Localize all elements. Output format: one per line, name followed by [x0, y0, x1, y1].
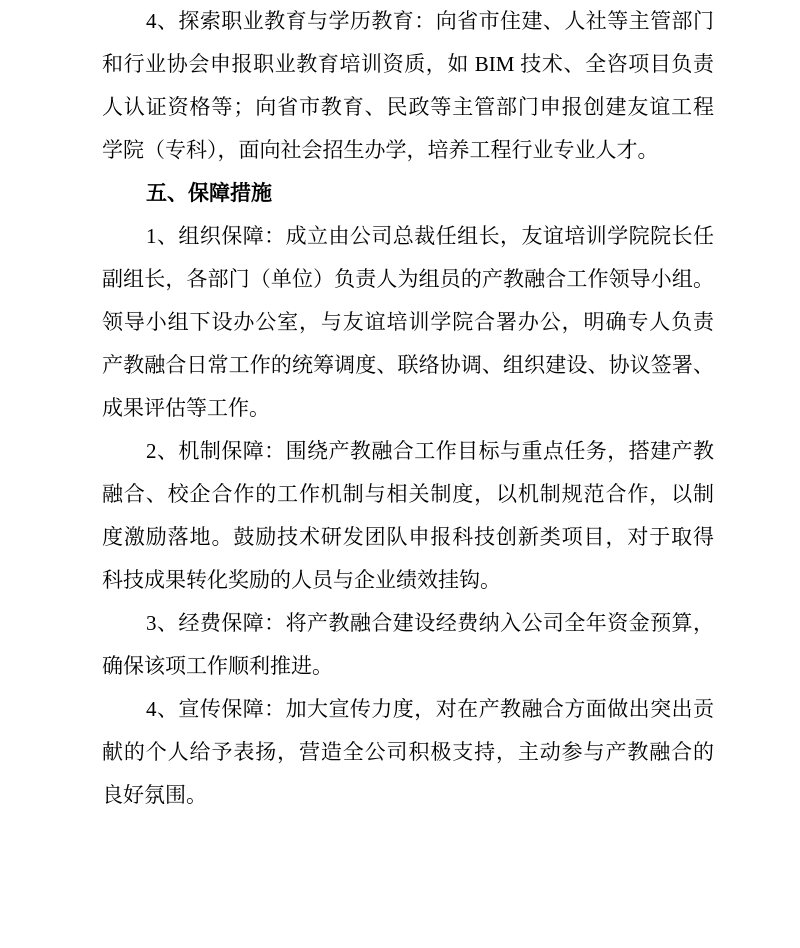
- text-line: 献的个人给予表扬，营造全公司积极支持，主动参与产教融合的: [102, 731, 714, 774]
- text-line: 4、探索职业教育与学历教育：向省市住建、人社等主管部门: [102, 0, 714, 43]
- text-line: 学院（专科），面向社会招生办学，培养工程行业专业人才。: [102, 129, 714, 172]
- text-line: 副组长，各部门（单位）负责人为组员的产教融合工作领导小组。: [102, 258, 714, 301]
- document-body: 4、探索职业教育与学历教育：向省市住建、人社等主管部门 和行业协会申报职业教育培…: [102, 0, 714, 817]
- text-line: 成果评估等工作。: [102, 387, 714, 430]
- text-line: 科技成果转化奖励的人员与企业绩效挂钩。: [102, 559, 714, 602]
- text-line: 融合、校企合作的工作机制与相关制度，以机制规范合作，以制: [102, 473, 714, 516]
- text-line: 人认证资格等；向省市教育、民政等主管部门申报创建友谊工程: [102, 86, 714, 129]
- text-line: 和行业协会申报职业教育培训资质，如 BIM 技术、全咨项目负责: [102, 43, 714, 86]
- document-page: 4、探索职业教育与学历教育：向省市住建、人社等主管部门 和行业协会申报职业教育培…: [0, 0, 800, 948]
- section-heading: 五、保障措施: [102, 172, 714, 215]
- text-line: 3、经费保障：将产教融合建设经费纳入公司全年资金预算，: [102, 602, 714, 645]
- text-line: 产教融合日常工作的统筹调度、联络协调、组织建设、协议签署、: [102, 344, 714, 387]
- text-line: 4、宣传保障：加大宣传力度，对在产教融合方面做出突出贡: [102, 688, 714, 731]
- text-line: 良好氛围。: [102, 774, 714, 817]
- text-line: 度激励落地。鼓励技术研发团队申报科技创新类项目，对于取得: [102, 516, 714, 559]
- text-line: 1、组织保障：成立由公司总裁任组长，友谊培训学院院长任: [102, 215, 714, 258]
- text-line: 2、机制保障：围绕产教融合工作目标与重点任务，搭建产教: [102, 430, 714, 473]
- text-line: 确保该项工作顺利推进。: [102, 645, 714, 688]
- text-line: 领导小组下设办公室，与友谊培训学院合署办公，明确专人负责: [102, 301, 714, 344]
